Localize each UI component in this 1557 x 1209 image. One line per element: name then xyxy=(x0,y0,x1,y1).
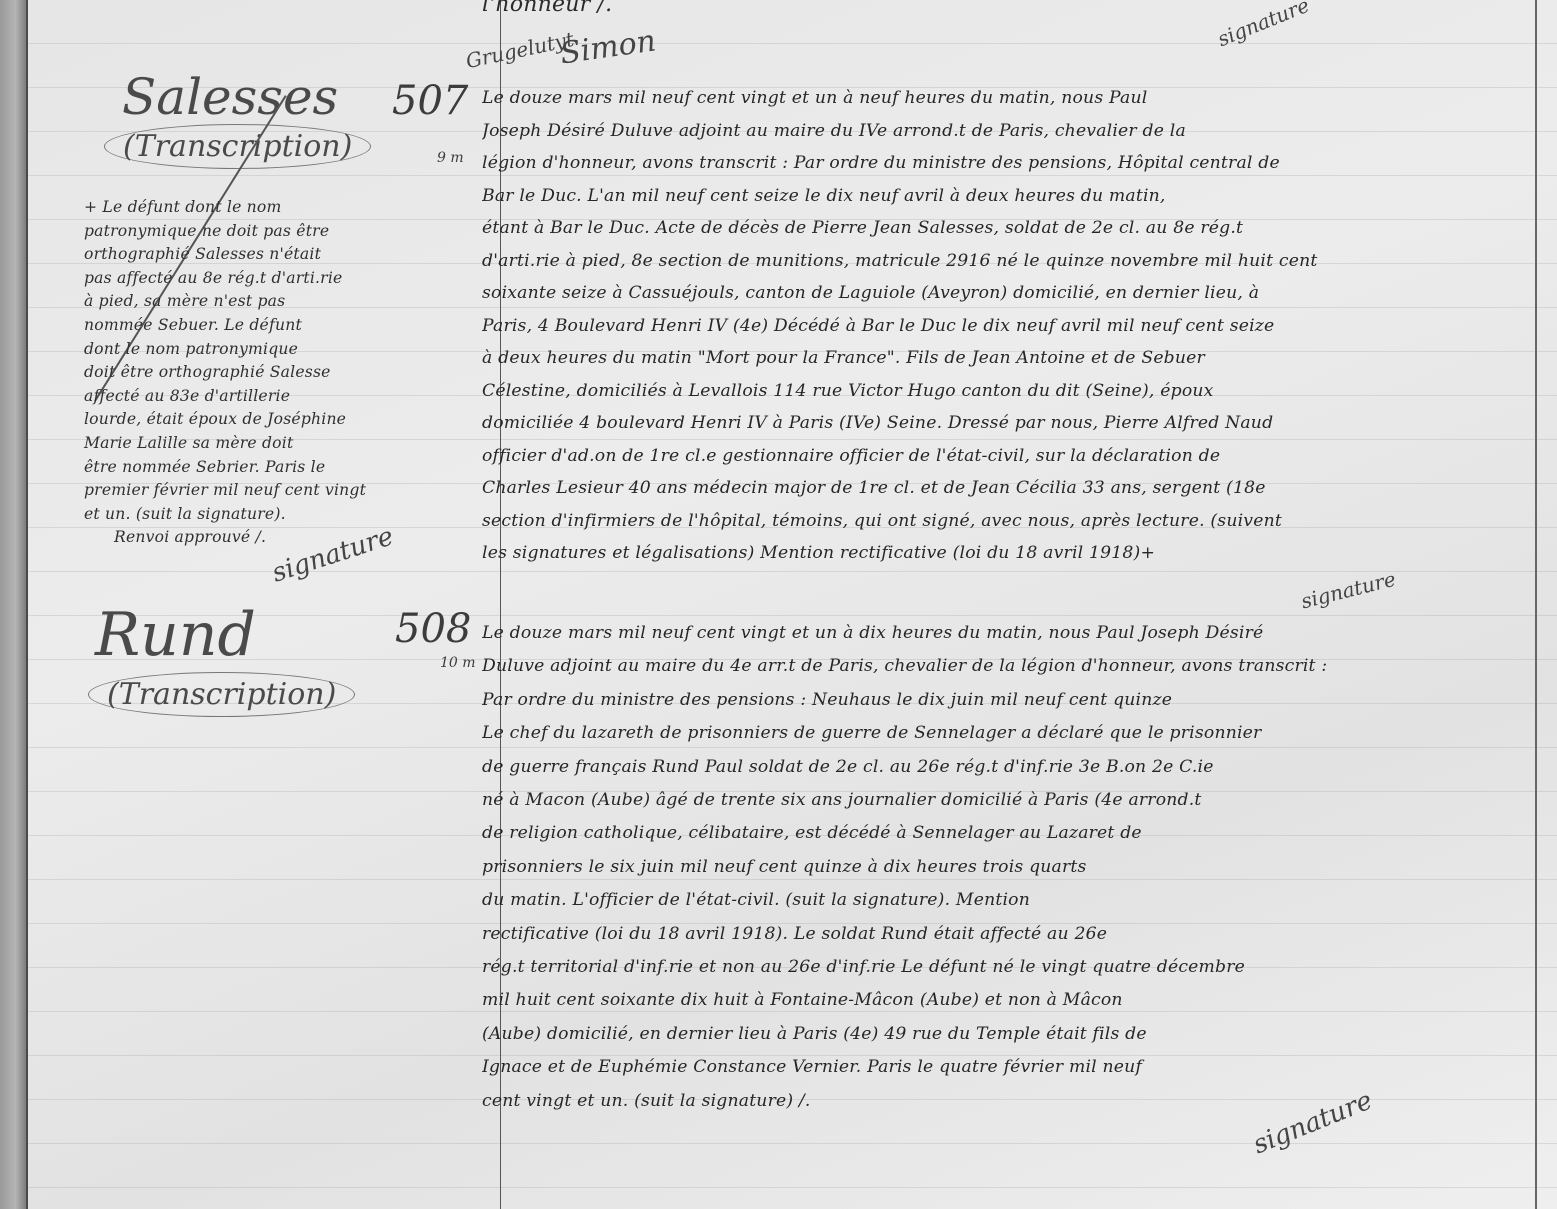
entry-507-date-note: 9 m xyxy=(437,150,464,166)
page-binding-edge xyxy=(0,0,28,1209)
body-line: Le chef du lazareth de prisonniers de gu… xyxy=(482,717,1532,750)
body-line: Paris, 4 Boulevard Henri IV (4e) Décédé … xyxy=(482,310,1532,343)
entry-507-number: 507 xyxy=(392,78,468,124)
body-line: Par ordre du ministre des pensions : Neu… xyxy=(482,684,1532,717)
body-line: section d'infirmiers de l'hôpital, témoi… xyxy=(482,505,1532,538)
margin-note-line: premier février mil neuf cent vingt xyxy=(84,479,464,503)
body-line: (Aube) domicilié, en dernier lieu à Pari… xyxy=(482,1018,1532,1051)
body-line: Duluve adjoint au maire du 4e arr.t de P… xyxy=(482,650,1532,683)
body-line: rég.t territorial d'inf.rie et non au 26… xyxy=(482,951,1532,984)
body-line: à deux heures du matin "Mort pour la Fra… xyxy=(482,342,1532,375)
body-line: rectificative (loi du 18 avril 1918). Le… xyxy=(482,918,1532,951)
body-line: domiciliée 4 boulevard Henri IV à Paris … xyxy=(482,407,1532,440)
margin-note-line: nommée Sebuer. Le défunt xyxy=(84,314,464,338)
body-line: soixante seize à Cassuéjouls, canton de … xyxy=(482,277,1532,310)
body-line: d'arti.rie à pied, 8e section de munitio… xyxy=(482,245,1532,278)
body-line: né à Macon (Aube) âgé de trente six ans … xyxy=(482,784,1532,817)
body-line: légion d'honneur, avons transcrit : Par … xyxy=(482,147,1532,180)
margin-note-line: lourde, était époux de Joséphine xyxy=(84,408,464,432)
margin-note-line: à pied, sa mère n'est pas xyxy=(84,290,464,314)
body-line: prisonniers le six juin mil neuf cent qu… xyxy=(482,851,1532,884)
entry-508-surname: Rund xyxy=(95,600,256,670)
entry-507-title: (Transcription) xyxy=(104,124,371,169)
margin-note-line: pas affecté au 8e rég.t d'arti.rie xyxy=(84,267,464,291)
body-line: Joseph Désiré Duluve adjoint au maire du… xyxy=(482,115,1532,148)
body-line: du matin. L'officier de l'état-civil. (s… xyxy=(482,884,1532,917)
margin-note-line: patronymique ne doit pas être xyxy=(84,220,464,244)
margin-note-line: être nommée Sebrier. Paris le xyxy=(84,456,464,480)
entry-508-date-note: 10 m xyxy=(440,655,476,671)
previous-entry-ending: l'honneur /. xyxy=(482,0,612,17)
body-line: étant à Bar le Duc. Acte de décès de Pie… xyxy=(482,212,1532,245)
margin-note-line: Marie Lalille sa mère doit xyxy=(84,432,464,456)
body-line: Le douze mars mil neuf cent vingt et un … xyxy=(482,82,1532,115)
margin-note-line: doit être orthographié Salesse xyxy=(84,361,464,385)
entry-508-title: (Transcription) xyxy=(88,672,355,717)
entry-507-margin-note: + Le défunt dont le nom patronymique ne … xyxy=(84,196,464,550)
body-line: Ignace et de Euphémie Constance Vernier.… xyxy=(482,1051,1532,1084)
margin-note-line: + Le défunt dont le nom xyxy=(84,196,464,220)
right-page-rule xyxy=(1535,0,1537,1209)
body-line: Célestine, domiciliés à Levallois 114 ru… xyxy=(482,375,1532,408)
entry-508-body: Le douze mars mil neuf cent vingt et un … xyxy=(482,617,1532,1118)
margin-note-line: affecté au 83e d'artillerie xyxy=(84,385,464,409)
body-line: mil huit cent soixante dix huit à Fontai… xyxy=(482,984,1532,1017)
margin-note-line: orthographié Salesses n'était xyxy=(84,243,464,267)
body-line: les signatures et légalisations) Mention… xyxy=(482,537,1532,570)
entry-507-surname: Salesses xyxy=(122,68,338,126)
body-line: Charles Lesieur 40 ans médecin major de … xyxy=(482,472,1532,505)
body-line: de guerre français Rund Paul soldat de 2… xyxy=(482,751,1532,784)
margin-note-line: dont le nom patronymique xyxy=(84,338,464,362)
body-line: de religion catholique, célibataire, est… xyxy=(482,817,1532,850)
entry-507-body: Le douze mars mil neuf cent vingt et un … xyxy=(482,82,1532,570)
body-line: Le douze mars mil neuf cent vingt et un … xyxy=(482,617,1532,650)
entry-508-number: 508 xyxy=(395,606,471,652)
body-line: officier d'ad.on de 1re cl.e gestionnair… xyxy=(482,440,1532,473)
body-line: Bar le Duc. L'an mil neuf cent seize le … xyxy=(482,180,1532,213)
margin-note-line: Renvoi approuvé /. xyxy=(84,526,464,550)
margin-note-line: et un. (suit la signature). xyxy=(84,503,464,527)
